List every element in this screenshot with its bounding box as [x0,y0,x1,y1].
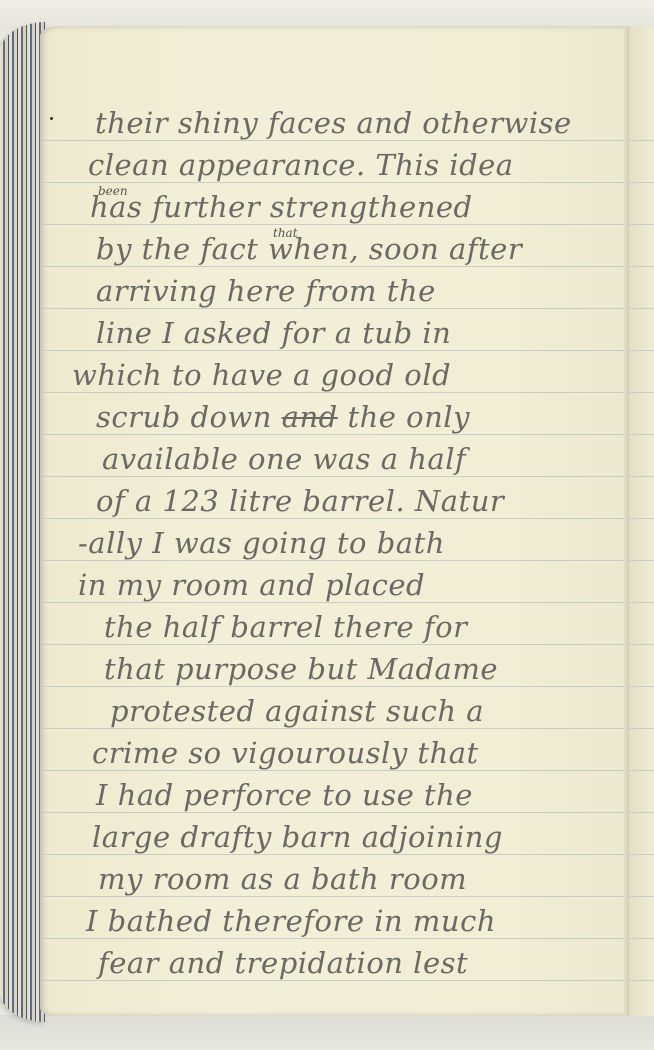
text-line-1: their shiny faces and otherwise [95,106,572,146]
text-line-19: my room as a bath room [98,862,467,902]
ruled-line [629,896,654,897]
notebook-page: their shiny faces and otherwise clean ap… [40,26,626,1016]
ruled-line [629,392,654,393]
ruled-line [629,224,654,225]
facing-page-edge [628,26,654,1016]
text-line-9: available one was a half [102,442,466,482]
ruled-line [629,476,654,477]
text-line-18: large drafty barn adjoining [92,820,503,860]
text-line-5: arriving here from the [96,274,436,314]
text-line-17: I had perforce to use the [96,778,473,818]
struck-word: and [282,400,338,434]
text-line-8-start: scrub down [96,400,282,434]
ink-dot [50,117,53,120]
ruled-line [629,602,654,603]
insertion-been: been [98,184,128,198]
text-line-10: of a 123 litre barrel. Natur [96,484,504,524]
ruled-line [629,560,654,561]
ruled-line [629,980,654,981]
text-line-8: scrub down and the only [96,400,470,440]
ruled-line [629,854,654,855]
text-line-14: that purpose but Madame [104,652,498,692]
text-line-6: line I asked for a tub in [96,316,451,356]
text-line-11: -ally I was going to bath [78,526,445,566]
background-bottom [0,1015,654,1050]
ruled-line [629,140,654,141]
text-line-21: fear and trepidation lest [98,946,468,986]
text-line-13: the half barrel there for [104,610,467,650]
text-line-12: in my room and placed [78,568,425,608]
ruled-line [629,266,654,267]
ruled-line [629,350,654,351]
ruled-line [629,308,654,309]
ruled-line [629,770,654,771]
ruled-line [629,812,654,813]
ruled-line [629,728,654,729]
ruled-line [629,518,654,519]
text-line-7: which to have a good old [72,358,451,398]
ruled-line [629,686,654,687]
text-line-4: by the fact when, soon after [96,232,522,272]
ruled-line [629,938,654,939]
insertion-that: that [273,226,298,240]
ruled-line [629,644,654,645]
text-line-8-end: the only [338,400,470,434]
ruled-line [629,182,654,183]
text-line-16: crime so vigourously that [92,736,479,776]
ruled-line [629,434,654,435]
text-line-2: clean appearance. This idea [88,148,514,188]
text-line-15: protested against such a [110,694,484,734]
text-line-3: has further strengthened [90,190,473,230]
text-line-20: I bathed therefore in much [86,904,496,944]
